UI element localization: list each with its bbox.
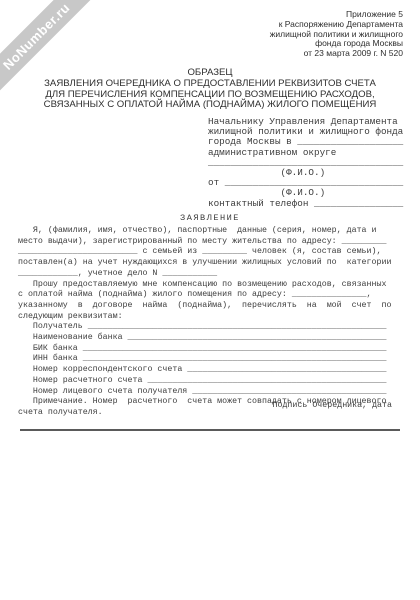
title-line: ЗАЯВЛЕНИЯ ОЧЕРЕДНИКА О ПРЕДОСТАВЛЕНИИ РЕ… <box>0 79 420 90</box>
title-line: СВЯЗАННЫХ С ОПЛАТОЙ НАЙМА (ПОДНАЙМА) ЖИЛ… <box>0 100 420 111</box>
application-heading: ЗАЯВЛЕНИЕ <box>20 213 400 223</box>
bottom-rule <box>20 429 400 431</box>
addressee-block: Начальнику Управления Департамента жилищ… <box>208 117 403 209</box>
application-body: Я, (фамилия, имя, отчество), паспортные … <box>18 226 391 419</box>
appendix-header-line: от 23 марта 2009 г. N 520 <box>270 49 403 59</box>
appendix-header: Приложение 5 к Распоряжению Департамента… <box>270 10 403 59</box>
signature-line: Подпись Очередника, дата <box>273 401 393 410</box>
document-page: NoNumber.ru Приложение 5 к Распоряжению … <box>0 0 420 600</box>
watermark-text: NoNumber.ru <box>0 0 72 72</box>
document-title: ОБРАЗЕЦ ЗАЯВЛЕНИЯ ОЧЕРЕДНИКА О ПРЕДОСТАВ… <box>0 68 420 111</box>
